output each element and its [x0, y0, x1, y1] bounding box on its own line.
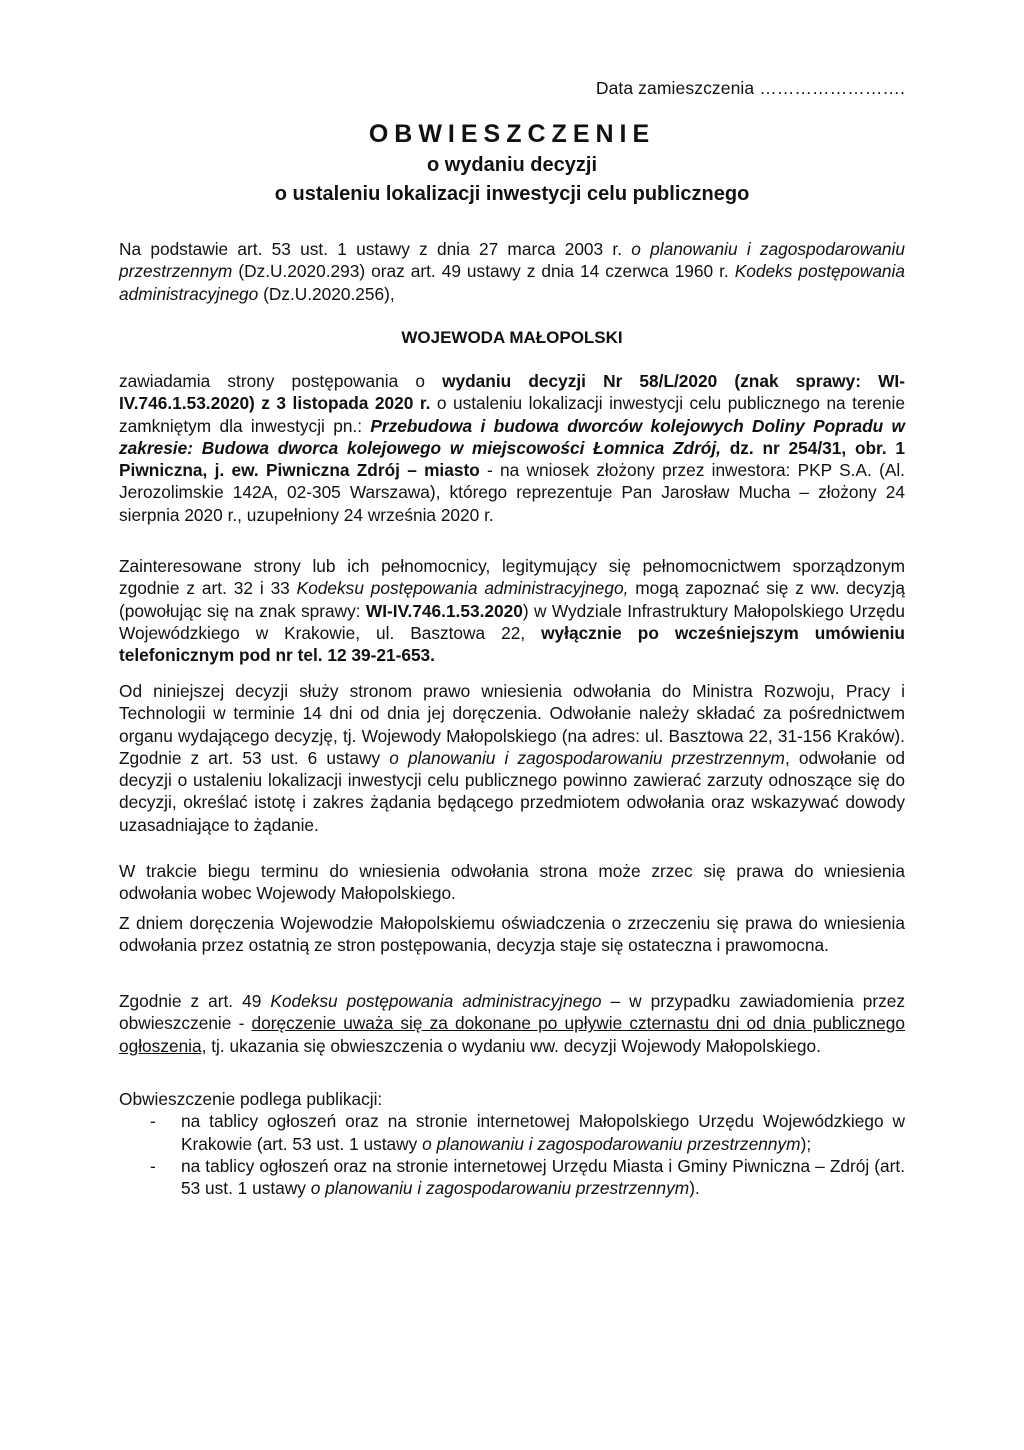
appeal-paragraph: Od niniejszej decyzji służy stronom praw… — [119, 680, 905, 836]
delivery-paragraph: Zgodnie z art. 49 Kodeksu postępowania a… — [119, 990, 905, 1057]
text: Zgodnie z art. 49 — [119, 991, 270, 1011]
finality-paragraph: Z dniem doręczenia Wojewodzie Małopolski… — [119, 912, 905, 957]
text: ). — [689, 1178, 700, 1198]
access-paragraph: Zainteresowane strony lub ich pełnomocni… — [119, 555, 905, 666]
document-title: OBWIESZCZENIE — [119, 120, 905, 149]
document-subtitle-2: o ustaleniu lokalizacji inwestycji celu … — [119, 183, 905, 206]
decision-paragraph: zawiadamia strony postępowania o wydaniu… — [119, 370, 905, 526]
case-reference: WI-IV.746.1.53.2020 — [366, 601, 523, 621]
publication-item: -na tablicy ogłoszeń oraz na stronie int… — [119, 1110, 905, 1155]
legal-basis-paragraph: Na podstawie art. 53 ust. 1 ustawy z dni… — [119, 238, 905, 305]
law-title: o planowaniu i zagospodarowaniu przestrz… — [389, 748, 785, 768]
text: tj. ukazania się obwieszczenia o wydaniu… — [206, 1036, 820, 1056]
document-subtitle-1: o wydaniu decyzji — [119, 154, 905, 177]
posting-date-label: Data zamieszczenia — [596, 78, 754, 98]
posting-date-placeholder: ……………………. — [759, 78, 905, 98]
publication-intro: Obwieszczenie podlega publikacji: — [119, 1088, 905, 1110]
law-title: o planowaniu i zagospodarowaniu przestrz… — [311, 1178, 690, 1198]
text: (Dz.U.2020.256), — [258, 284, 394, 304]
authority-heading: WOJEWODA MAŁOPOLSKI — [119, 328, 905, 348]
text: zawiadamia strony postępowania o — [119, 371, 442, 391]
waiver-paragraph: W trakcie biegu terminu do wniesienia od… — [119, 860, 905, 905]
publication-item: -na tablicy ogłoszeń oraz na stronie int… — [119, 1155, 905, 1200]
law-title: Kodeksu postępowania administracyjnego, — [297, 578, 629, 598]
law-title: Kodeksu postępowania administracyjnego — [270, 991, 601, 1011]
posting-date-line: Data zamieszczenia ……………………. — [596, 78, 905, 99]
text: ); — [801, 1134, 812, 1154]
publication-list: Obwieszczenie podlega publikacji: -na ta… — [119, 1088, 905, 1199]
text: Na podstawie art. 53 ust. 1 ustawy z dni… — [119, 239, 631, 259]
list-bullet: - — [150, 1155, 156, 1177]
law-title: o planowaniu i zagospodarowaniu przestrz… — [422, 1134, 801, 1154]
text: (Dz.U.2020.293) oraz art. 49 ustawy z dn… — [232, 261, 734, 281]
list-bullet: - — [150, 1110, 156, 1132]
